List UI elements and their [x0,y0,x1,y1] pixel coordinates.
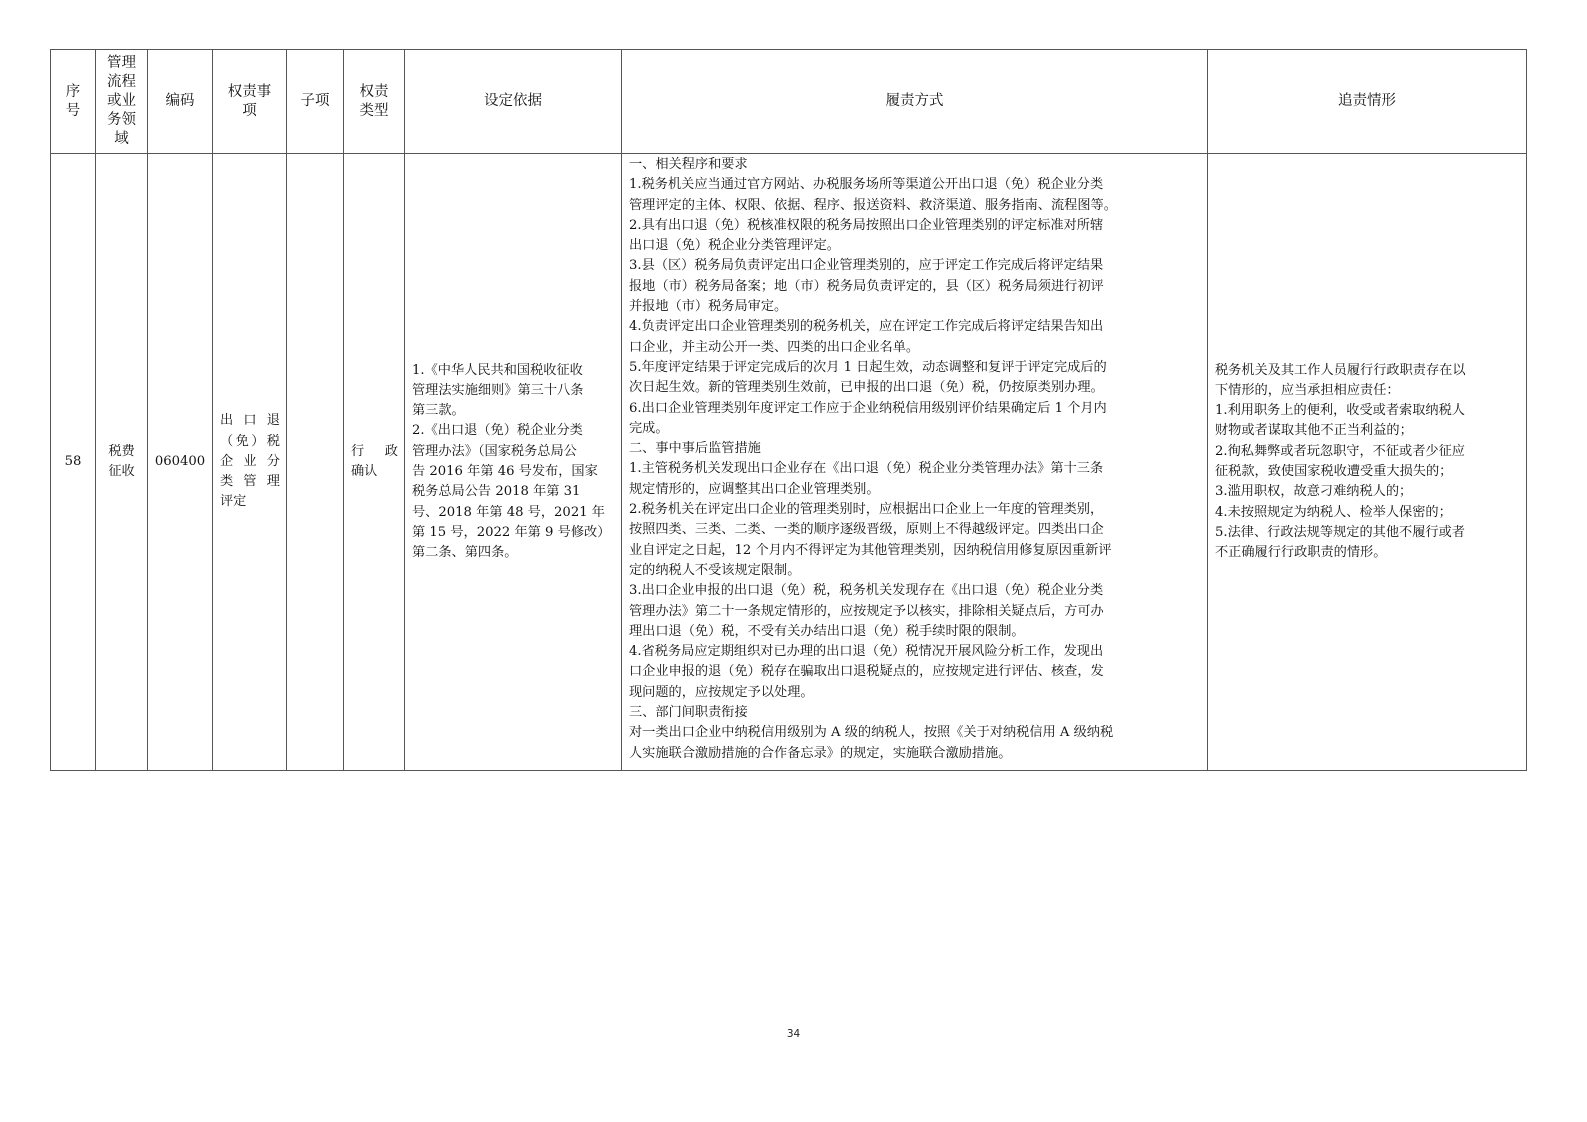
accountability-line: 财物或者谋取其他不正当利益的； [1215,421,1521,441]
accountability-line: 不正确履行行政职责的情形。 [1215,543,1521,563]
method-line: 出口退（免）税企业分类管理评定。 [629,236,1202,256]
cell-item-line: 企业分 [213,452,286,472]
basis-line: 管理法实施细则》第三十八条 [412,381,616,401]
header-domain-line: 或业 [96,92,147,111]
accountability-line: 3.滥用职权，故意刁难纳税人的； [1215,482,1521,502]
cell-item-line: 类管理 [213,472,286,492]
header-subitem: 子项 [287,50,344,154]
accountability-text: 税务机关及其工作人员履行行政职责存在以 下情形的，应当承担相应责任： 1.利用职… [1208,359,1526,566]
header-type-line: 权责 [344,83,404,102]
header-item-line: 项 [213,102,286,121]
method-line: 口企业，并主动公开一类、四类的出口企业名单。 [629,338,1202,358]
method-line: 2.税务机关在评定出口企业的管理类别时，应根据出口企业上一年度的管理类别， [629,500,1202,520]
header-item-line: 权责事 [213,83,286,102]
cell-item: 出口退 （免）税 企业分 类管理 评定 [213,154,287,771]
accountability-line: 4.未按照规定为纳税人、检举人保密的； [1215,503,1521,523]
basis-line: 号、2018 年第 48 号，2021 年 [412,503,616,523]
accountability-line: 税务机关及其工作人员履行行政职责存在以 [1215,361,1521,381]
method-section-heading: 二、事中事后监管措施 [629,439,1202,459]
method-line: 2.具有出口退（免）税核准权限的税务局按照出口企业管理类别的评定标准对所辖 [629,216,1202,236]
responsibility-table: 序 号 管理 流程 或业 务领 域 编码 权责事 项 子项 权责 类型 设定依据… [50,49,1527,771]
method-line: 报地（市）税务局备案；地（市）税务局负责评定的，县（区）税务局须进行初评 [629,277,1202,297]
accountability-line: 征税款，致使国家税收遭受重大损失的； [1215,462,1521,482]
basis-line: 第二条、第四条。 [412,543,616,563]
table-row: 58 税费 征收 060400 出口退 （免）税 企业分 类管理 评定 行 政 … [51,154,1527,771]
header-method: 履责方式 [622,50,1208,154]
header-seq-line: 号 [51,102,95,121]
header-type: 权责 类型 [344,50,405,154]
header-code: 编码 [148,50,213,154]
header-domain-line: 务领 [96,111,147,130]
method-line: 5.年度评定结果于评定完成后的次月 1 日起生效，动态调整和复评于评定完成后的 [629,358,1202,378]
method-line: 完成。 [629,419,1202,439]
basis-line: 第 15 号，2022 年第 9 号修改） [412,523,616,543]
header-type-line: 类型 [344,102,404,121]
method-line: 按照四类、三类、二类、一类的顺序逐级晋级，原则上不得越级评定。四类出口企 [629,520,1202,540]
method-line: 定的纳税人不受该规定限制。 [629,561,1202,581]
accountability-line: 1.利用职务上的便利，收受或者索取纳税人 [1215,401,1521,421]
page-number: 34 [0,1028,1587,1040]
method-line: 3.出口企业申报的出口退（免）税，税务机关发现存在《出口退（免）税企业分类 [629,581,1202,601]
method-text: 一、相关程序和要求 1.税务机关应当通过官方网站、办税服务场所等渠道公开出口退（… [622,154,1207,766]
header-accountability: 追责情形 [1208,50,1527,154]
method-line: 3.县（区）税务局负责评定出口企业管理类别的，应于评定工作完成后将评定结果 [629,256,1202,276]
basis-line: 1.《中华人民共和国税收征收 [412,361,616,381]
cell-type-line: 确认 [344,462,404,482]
header-domain-line: 域 [96,130,147,149]
header-domain-line: 管理 [96,54,147,73]
cell-domain-line: 税费 [96,442,147,462]
method-line: 业自评定之日起，12 个月内不得评定为其他管理类别，因纳税信用修复原因重新评 [629,541,1202,561]
basis-text: 1.《中华人民共和国税收征收 管理法实施细则》第三十八条 第三款。 2.《出口退… [405,359,621,566]
header-seq: 序 号 [51,50,96,154]
method-line: 并报地（市）税务局审定。 [629,297,1202,317]
method-line: 管理评定的主体、权限、依据、程序、报送资料、救济渠道、服务指南、流程图等。 [629,196,1202,216]
method-section-heading: 一、相关程序和要求 [629,155,1202,175]
cell-accountability: 税务机关及其工作人员履行行政职责存在以 下情形的，应当承担相应责任： 1.利用职… [1208,154,1527,771]
cell-method: 一、相关程序和要求 1.税务机关应当通过官方网站、办税服务场所等渠道公开出口退（… [622,154,1208,771]
method-line: 管理办法》第二十一条规定情形的，应按规定予以核实，排除相关疑点后，方可办 [629,602,1202,622]
basis-line: 税务总局公告 2018 年第 31 [412,482,616,502]
header-seq-line: 序 [51,83,95,102]
cell-item-line: 评定 [213,492,286,512]
method-line: 4.负责评定出口企业管理类别的税务机关，应在评定工作完成后将评定结果告知出 [629,317,1202,337]
method-section-heading: 三、部门间职责衔接 [629,703,1202,723]
method-line: 1.税务机关应当通过官方网站、办税服务场所等渠道公开出口退（免）税企业分类 [629,175,1202,195]
accountability-line: 2.徇私舞弊或者玩忽职守，不征或者少征应 [1215,442,1521,462]
table-header-row: 序 号 管理 流程 或业 务领 域 编码 权责事 项 子项 权责 类型 设定依据… [51,50,1527,154]
cell-seq: 58 [51,154,96,771]
method-line: 4.省税务局应定期组织对已办理的出口退（免）税情况开展风险分析工作，发现出 [629,642,1202,662]
header-domain-line: 流程 [96,73,147,92]
method-line: 1.主管税务机关发现出口企业存在《出口退（免）税企业分类管理办法》第十三条 [629,459,1202,479]
cell-domain: 税费 征收 [96,154,148,771]
cell-item-line: 出口退 [213,411,286,431]
header-item: 权责事 项 [213,50,287,154]
header-domain: 管理 流程 或业 务领 域 [96,50,148,154]
header-basis: 设定依据 [405,50,622,154]
cell-domain-line: 征收 [96,462,147,482]
accountability-line: 下情形的，应当承担相应责任： [1215,381,1521,401]
method-line: 对一类出口企业中纳税信用级别为 A 级的纳税人，按照《关于对纳税信用 A 级纳税 [629,723,1202,743]
method-line: 规定情形的，应调整其出口企业管理类别。 [629,480,1202,500]
cell-type: 行 政 确认 [344,154,405,771]
basis-line: 第三款。 [412,401,616,421]
method-line: 人实施联合激励措施的合作备忘录》的规定，实施联合激励措施。 [629,744,1202,764]
cell-item-line: （免）税 [213,432,286,452]
cell-basis: 1.《中华人民共和国税收征收 管理法实施细则》第三十八条 第三款。 2.《出口退… [405,154,622,771]
basis-line: 告 2016 年第 46 号发布，国家 [412,462,616,482]
cell-code: 060400 [148,154,213,771]
accountability-line: 5.法律、行政法规等规定的其他不履行或者 [1215,523,1521,543]
basis-line: 2.《出口退（免）税企业分类 [412,421,616,441]
cell-subitem [287,154,344,771]
basis-line: 管理办法》（国家税务总局公 [412,442,616,462]
method-line: 次日起生效。新的管理类别生效前，已申报的出口退（免）税，仍按原类别办理。 [629,378,1202,398]
method-line: 6.出口企业管理类别年度评定工作应于企业纳税信用级别评价结果确定后 1 个月内 [629,399,1202,419]
method-line: 口企业申报的退（免）税存在骗取出口退税疑点的，应按规定进行评估、核查，发 [629,662,1202,682]
cell-type-line: 行 政 [344,442,404,462]
method-line: 现问题的，应按规定予以处理。 [629,683,1202,703]
method-line: 理出口退（免）税，不受有关办结出口退（免）税手续时限的限制。 [629,622,1202,642]
